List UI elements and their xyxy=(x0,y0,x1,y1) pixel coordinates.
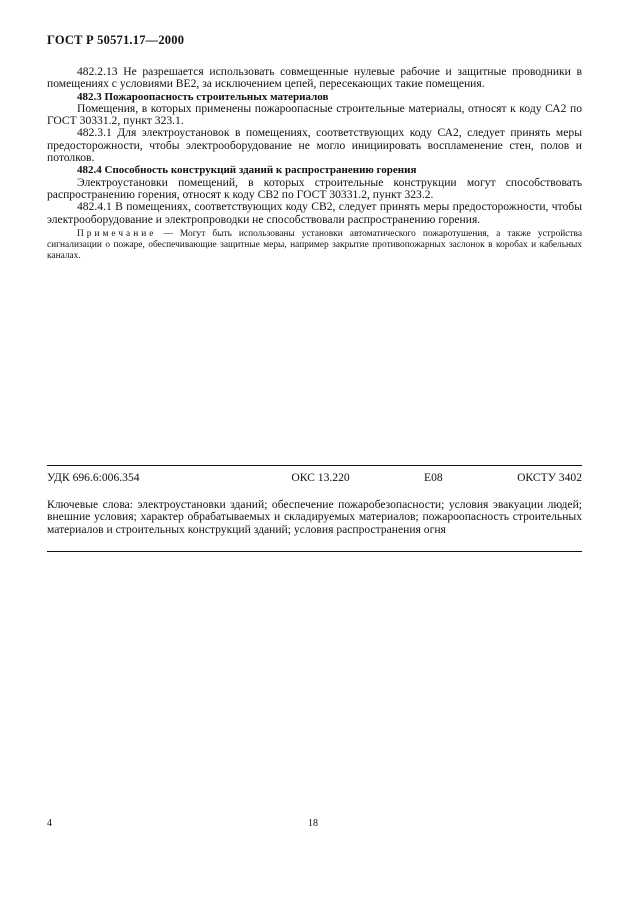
divider-top xyxy=(47,465,582,466)
heading-482-4: 482.4 Способность конструкций зданий к р… xyxy=(47,164,582,176)
page-number: 18 xyxy=(308,818,318,829)
udk-code: УДК 696.6:006.354 xyxy=(47,471,217,484)
clause-482-4-1: 482.4.1 В помещениях, соответствующих ко… xyxy=(47,201,582,226)
note-label: Примечание xyxy=(77,229,156,239)
okstu-code: ОКСТУ 3402 xyxy=(517,471,582,484)
paragraph-482-4: Электроустановки помещений, в которых ст… xyxy=(47,177,582,202)
divider-bottom xyxy=(47,551,582,552)
clause-482-2-13: 482.2.13 Не разрешается использовать сов… xyxy=(47,66,582,91)
clause-482-3-1: 482.3.1 Для электроустановок в помещения… xyxy=(47,127,582,164)
group-code: Е08 xyxy=(424,471,443,484)
oks-code: ОКС 13.220 xyxy=(291,471,349,484)
document-body: 482.2.13 Не разрешается использовать сов… xyxy=(47,66,582,262)
keywords: Ключевые слова: электроустановки зданий;… xyxy=(47,499,582,536)
classification-row: УДК 696.6:006.354 ОКС 13.220 Е08 ОКСТУ 3… xyxy=(47,471,582,484)
footer-left-number: 4 xyxy=(47,818,52,829)
document-title: ГОСТ Р 50571.17—2000 xyxy=(47,33,184,48)
paragraph-482-3: Помещения, в которых применены пожароопа… xyxy=(47,103,582,128)
note: Примечание — Могут быть использованы уст… xyxy=(47,229,582,262)
